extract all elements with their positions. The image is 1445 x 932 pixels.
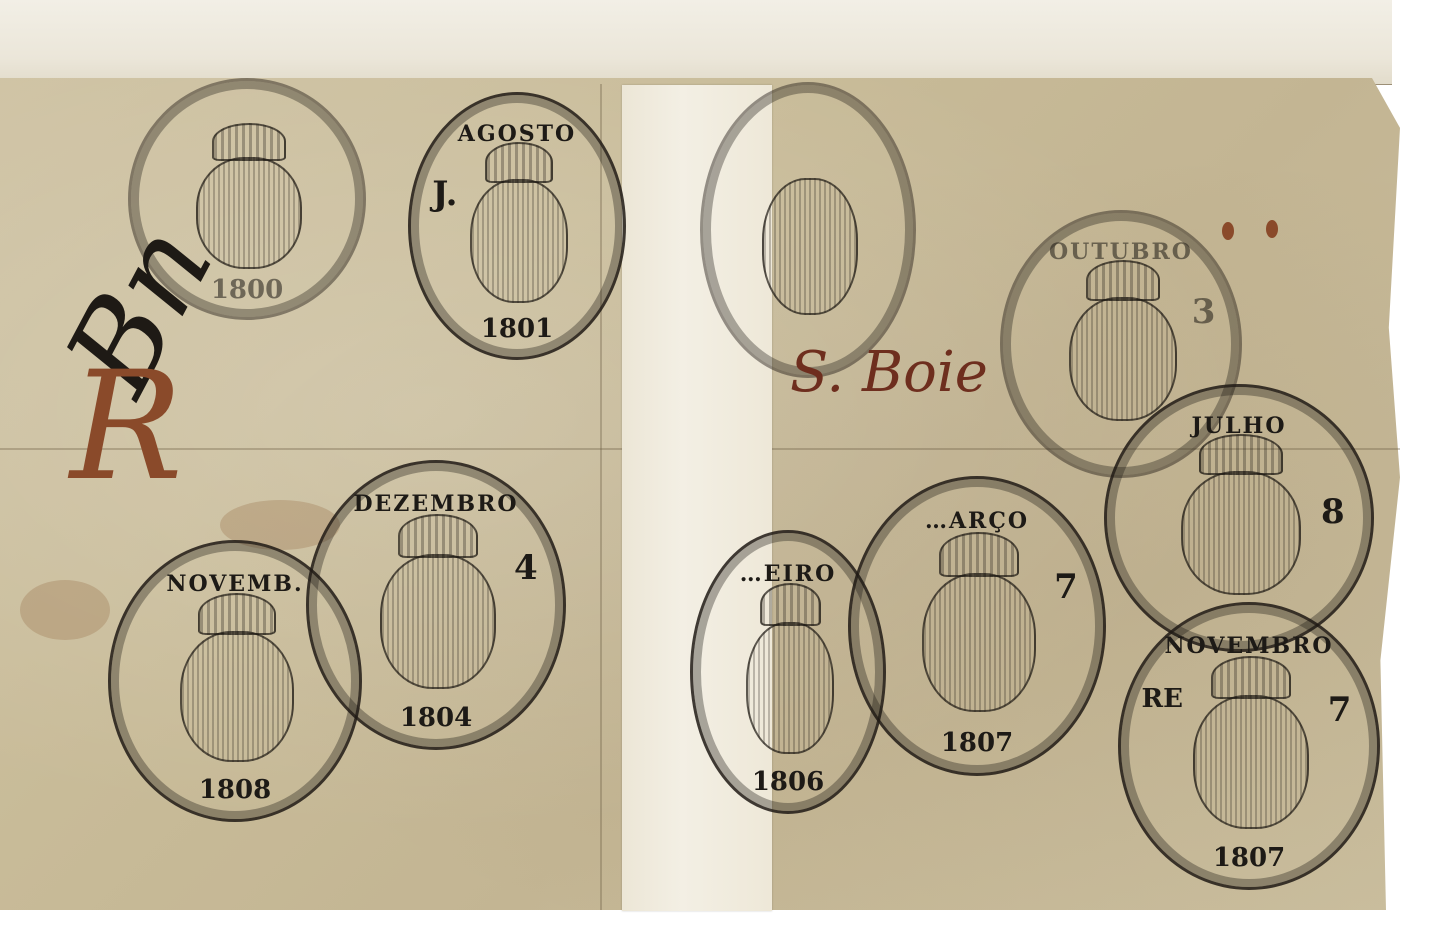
crown-icon <box>1086 260 1161 301</box>
coat-of-arms-icon <box>180 631 293 762</box>
stamp-year: 1807 <box>851 728 1103 758</box>
coat-of-arms-icon <box>1181 471 1301 596</box>
crown-icon <box>1199 434 1282 475</box>
stamp-day: 7 <box>1328 690 1352 730</box>
coat-of-arms-icon <box>1193 695 1310 829</box>
coat-of-arms-icon <box>922 573 1037 712</box>
signature-right: S. Boie <box>790 340 988 405</box>
coat-of-arms-icon <box>380 554 496 689</box>
crown-icon <box>485 142 553 183</box>
stamp-prefix: RE <box>1141 684 1182 714</box>
tax-stamp-marco-1807: …ARÇO 7 1807 <box>848 476 1106 776</box>
stamp-year: 1808 <box>111 775 359 805</box>
stamp-year: 1807 <box>1121 843 1377 873</box>
red-initial: R <box>70 340 183 514</box>
stain <box>20 580 110 640</box>
coat-of-arms-icon <box>762 178 858 315</box>
crown-icon <box>1211 656 1292 699</box>
ink-dot <box>1266 220 1278 238</box>
tax-stamp-agosto-1801: AGOSTO J. 1801 <box>408 92 626 360</box>
stamp-year: 1804 <box>309 703 563 733</box>
stamp-day: 8 <box>1321 492 1345 532</box>
crown-icon <box>760 583 821 626</box>
crown-icon <box>198 593 276 636</box>
crown-icon <box>398 514 478 558</box>
tax-stamp-dezembro-1804: DEZEMBRO 4 1804 <box>306 460 566 750</box>
coat-of-arms-icon <box>1069 297 1177 422</box>
ink-dot <box>1222 222 1234 240</box>
stamp-year: 1801 <box>411 314 623 344</box>
crown-icon <box>212 123 286 160</box>
top-paper-strip <box>0 0 1392 85</box>
crown-icon <box>939 532 1019 577</box>
stamp-year: 1806 <box>693 767 883 797</box>
stamp-day: 3 <box>1192 292 1216 332</box>
coat-of-arms-icon <box>746 622 834 754</box>
stamp-day: 7 <box>1054 567 1078 607</box>
tax-stamp-novembro-1807: NOVEMBRO RE 7 1807 <box>1118 602 1380 890</box>
stamp-day: J. <box>432 174 457 214</box>
stamp-month: …ARÇO <box>851 508 1103 534</box>
coat-of-arms-icon <box>196 157 302 270</box>
stamp-day: 4 <box>514 548 538 588</box>
tax-stamp-partial <box>700 82 916 378</box>
coat-of-arms-icon <box>470 179 567 304</box>
